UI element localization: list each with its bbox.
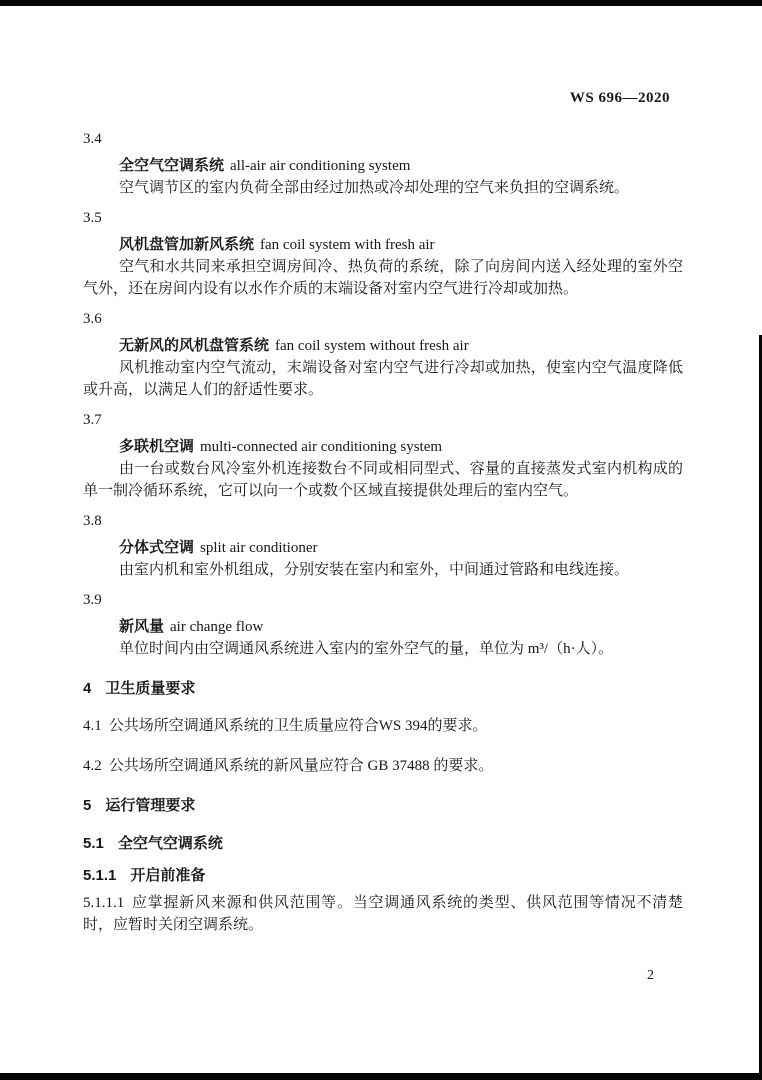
term-number: 3.9 — [83, 589, 683, 611]
term-zh: 无新风的风机盘管系统 — [119, 337, 269, 354]
term-en: split air conditioner — [200, 540, 317, 556]
section-title: 开启前准备 — [130, 867, 205, 884]
clause-4-2: 4.2公共场所空调通风系统的新风量应符合 GB 37488 的要求。 — [83, 755, 683, 777]
term-title: 全空气空调系统all-air air conditioning system — [83, 155, 683, 177]
term-en: fan coil system without fresh air — [275, 338, 469, 354]
clause-5-1-1-1: 5.1.1.1应掌握新风来源和供风范围等。当空调通风系统的类型、供风范围等情况不… — [83, 892, 683, 936]
section-heading-5-1-1: 5.1.1开启前准备 — [83, 865, 683, 887]
term-definition: 风机推动室内空气流动，末端设备对室内空气进行冷却或加热，使室内空气温度降低或升高… — [83, 357, 683, 401]
term-en: fan coil system with fresh air — [260, 237, 435, 253]
term-definition: 空气和水共同来承担空调房间冷、热负荷的系统，除了向房间内送入经处理的室外空气外，… — [83, 256, 683, 300]
clause-number: 4.2 — [83, 758, 102, 774]
term-zh: 新风量 — [119, 618, 164, 635]
section-title: 卫生质量要求 — [105, 680, 195, 697]
term-en: air change flow — [170, 619, 263, 635]
term-en: multi-connected air conditioning system — [200, 439, 442, 455]
term-zh: 风机盘管加新风系统 — [119, 236, 254, 253]
term-definition: 空气调节区的室内负荷全部由经过加热或冷却处理的空气来负担的空调系统。 — [83, 177, 683, 199]
page-number: 2 — [647, 967, 654, 985]
scan-border-top — [0, 0, 762, 6]
section-heading-4: 4卫生质量要求 — [83, 678, 683, 700]
clause-text: 公共场所空调通风系统的新风量应符合 GB 37488 的要求。 — [109, 758, 494, 774]
section-number: 5 — [83, 797, 91, 814]
section-title: 全空气空调系统 — [118, 835, 223, 852]
term-definition: 由一台或数台风冷室外机连接数台不同或相同型式、容量的直接蒸发式室内机构成的单一制… — [83, 458, 683, 502]
term-definition: 单位时间内由空调通风系统进入室内的室外空气的量，单位为 m³/（h·人）。 — [83, 638, 683, 660]
document-code-header: WS 696—2020 — [570, 90, 670, 107]
term-number: 3.8 — [83, 510, 683, 532]
clause-number: 5.1.1.1 — [83, 895, 124, 911]
term-block-3-7: 3.7 多联机空调multi-connected air conditionin… — [83, 409, 683, 502]
term-title: 无新风的风机盘管系统fan coil system without fresh … — [83, 335, 683, 357]
term-block-3-5: 3.5 风机盘管加新风系统fan coil system with fresh … — [83, 207, 683, 300]
term-zh: 多联机空调 — [119, 438, 194, 455]
scan-border-bottom — [0, 1073, 762, 1080]
term-number: 3.7 — [83, 409, 683, 431]
clause-number: 4.1 — [83, 718, 102, 734]
clause-text: 公共场所空调通风系统的卫生质量应符合WS 394的要求。 — [109, 718, 488, 734]
term-title: 多联机空调multi-connected air conditioning sy… — [83, 436, 683, 458]
clause-4-1: 4.1公共场所空调通风系统的卫生质量应符合WS 394的要求。 — [83, 715, 683, 737]
term-number: 3.4 — [83, 128, 683, 150]
term-block-3-8: 3.8 分体式空调split air conditioner 由室内机和室外机组… — [83, 510, 683, 581]
term-number: 3.6 — [83, 308, 683, 330]
section-heading-5: 5运行管理要求 — [83, 795, 683, 817]
term-number: 3.5 — [83, 207, 683, 229]
term-en: all-air air conditioning system — [230, 158, 410, 174]
term-block-3-6: 3.6 无新风的风机盘管系统fan coil system without fr… — [83, 308, 683, 401]
section-title: 运行管理要求 — [105, 797, 195, 814]
term-block-3-4: 3.4 全空气空调系统all-air air conditioning syst… — [83, 128, 683, 199]
section-number: 5.1 — [83, 835, 104, 852]
term-title: 分体式空调split air conditioner — [83, 537, 683, 559]
page-content: 3.4 全空气空调系统all-air air conditioning syst… — [83, 128, 683, 951]
term-definition: 由室内机和室外机组成，分别安装在室内和室外，中间通过管路和电线连接。 — [83, 559, 683, 581]
term-title: 新风量air change flow — [83, 616, 683, 638]
term-block-3-9: 3.9 新风量air change flow 单位时间内由空调通风系统进入室内的… — [83, 589, 683, 660]
section-heading-5-1: 5.1全空气空调系统 — [83, 833, 683, 855]
term-title: 风机盘管加新风系统fan coil system with fresh air — [83, 234, 683, 256]
section-number: 5.1.1 — [83, 867, 116, 884]
clause-text: 应掌握新风来源和供风范围等。当空调通风系统的类型、供风范围等情况不清楚时，应暂时… — [83, 895, 683, 933]
term-zh: 分体式空调 — [119, 539, 194, 556]
term-zh: 全空气空调系统 — [119, 157, 224, 174]
section-number: 4 — [83, 680, 91, 697]
